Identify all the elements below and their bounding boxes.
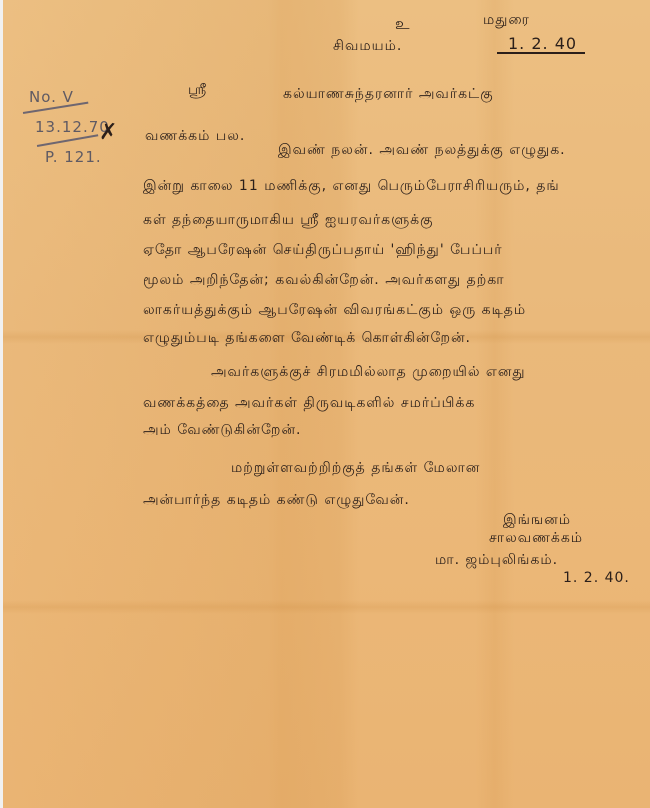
- letter-page: உ சிவமயம். மதுரை 1. 2. 40 No. V 13.12.70…: [3, 0, 650, 808]
- closing-line: இங்ஙனம்: [503, 512, 571, 530]
- honorific: ஸ்ரீ: [188, 82, 207, 100]
- header-date: 1. 2. 40: [508, 34, 577, 53]
- body-line: லாகர்யத்துக்கும் ஆபரேஷன் விவரங்கட்கும் ஒ…: [143, 302, 526, 320]
- paper-fold-line: [3, 600, 650, 614]
- initials-mark-icon: ✗: [99, 120, 118, 145]
- body-line: வணக்கத்தை அவர்கள் திருவடிகளில் சமர்ப்பிக…: [143, 395, 475, 413]
- body-line: மற்றுள்ளவற்றிற்குத் தங்கள் மேலான: [231, 460, 480, 478]
- body-line: கள் தந்தையாருமாகிய ஸ்ரீ ஐயரவர்களுக்கு: [143, 212, 433, 230]
- body-line: ஏதோ ஆபரேஷன் செய்திருப்பதாய் 'ஹிந்து' பேப…: [143, 242, 503, 260]
- body-line: அவர்களுக்குச் சிரமமில்லாத முறையில் எனது: [211, 364, 526, 382]
- body-line: இவண் நலன். அவண் நலத்துக்கு எழுதுக.: [278, 142, 566, 160]
- closing-date: 1. 2. 40.: [563, 570, 630, 586]
- annotation-rule: [37, 134, 98, 146]
- greeting: வணக்கம் பல.: [145, 128, 245, 146]
- addressee: கல்யாணசுந்தரனார் அவர்கட்கு: [283, 86, 494, 104]
- body-line: அம் வேண்டுகின்றேன்.: [143, 422, 301, 440]
- invocation-mark: உ: [395, 14, 411, 35]
- invocation-text: சிவமயம்.: [333, 38, 402, 56]
- signature: மா. ஜம்புலிங்கம்.: [435, 552, 558, 570]
- archive-number: No. V: [29, 88, 74, 106]
- body-line: எழுதும்படி தங்களை வேண்டிக் கொள்கின்றேன்.: [143, 330, 471, 348]
- place-name: மதுரை: [483, 12, 530, 30]
- archive-page: P. 121.: [45, 148, 102, 166]
- date-underline: [497, 52, 585, 54]
- body-line: அன்பார்ந்த கடிதம் கண்டு எழுதுவேன்.: [143, 492, 410, 510]
- body-line: மூலம் அறிந்தேன்; கவல்கின்றேன். அவர்களது …: [143, 272, 505, 290]
- body-line: இன்று காலை 11 மணிக்கு, எனது பெரும்பேராசி…: [143, 178, 560, 196]
- closing-line: சாலவணக்கம்: [489, 530, 583, 548]
